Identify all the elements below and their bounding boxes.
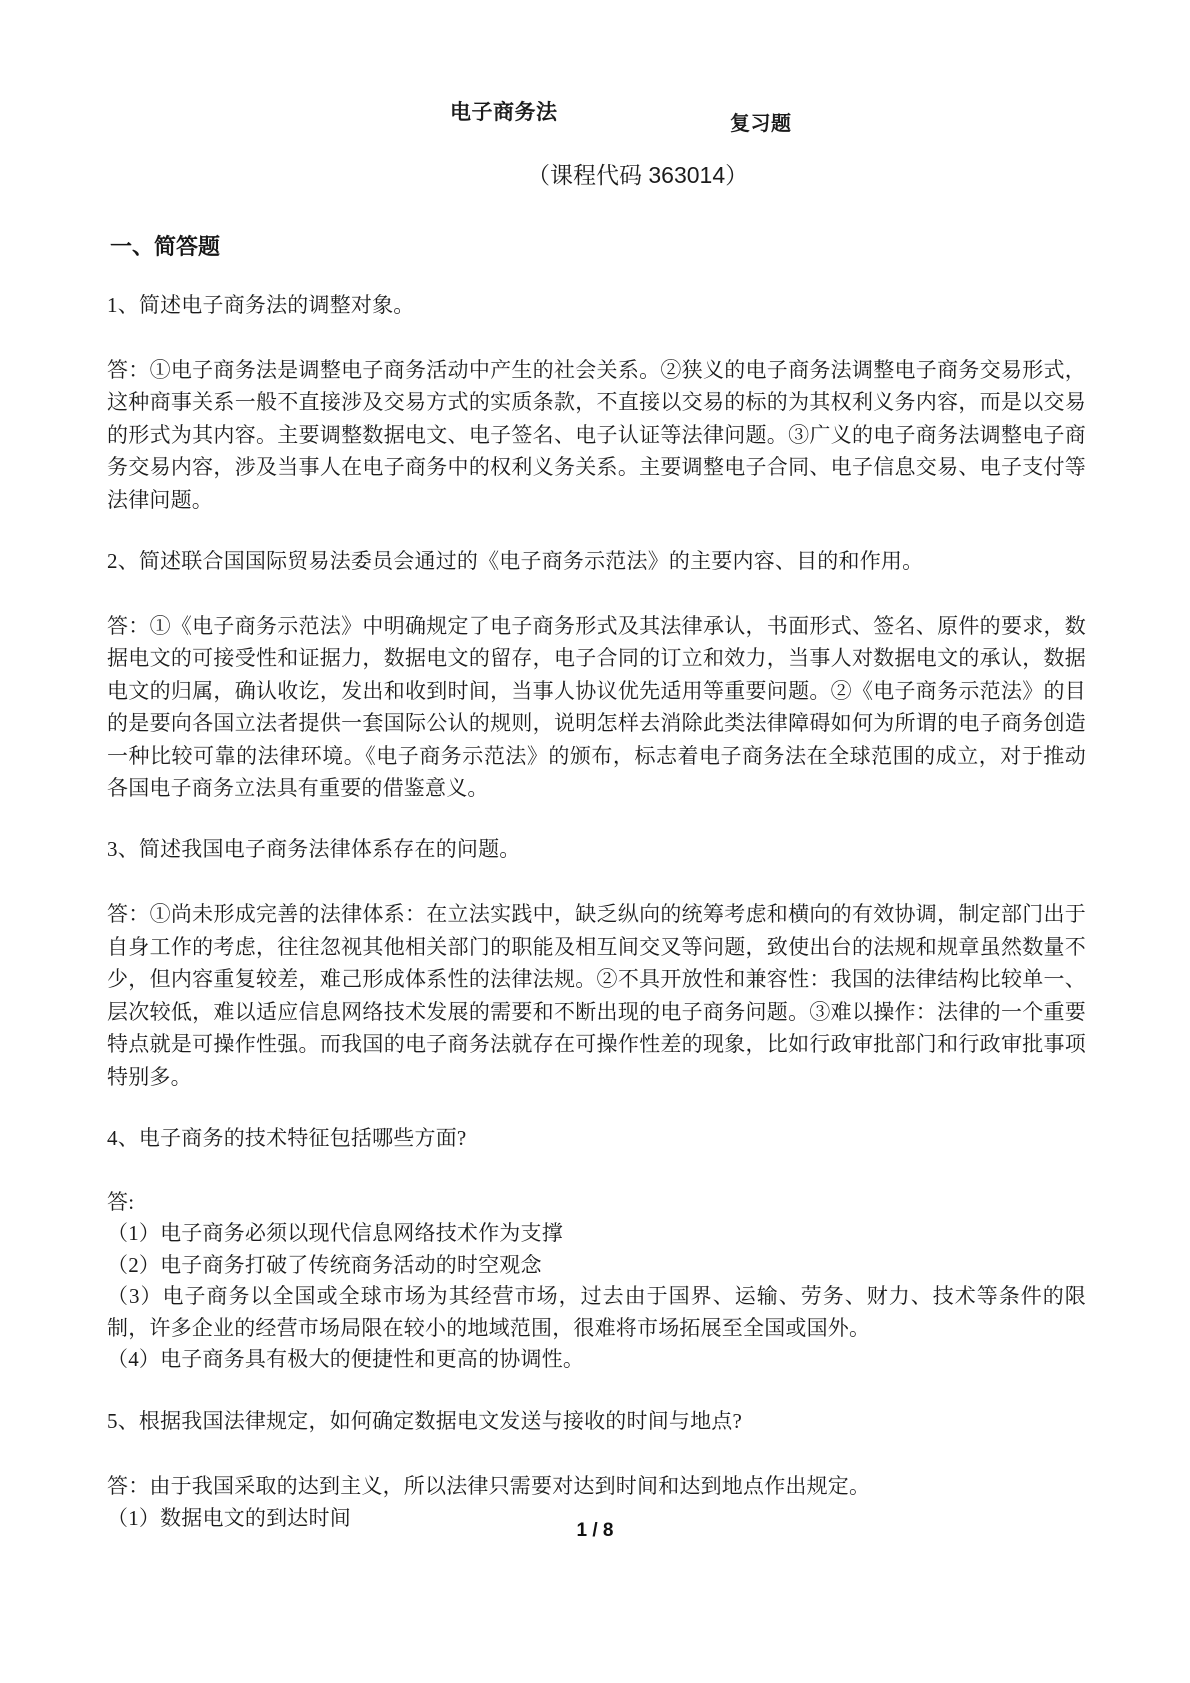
section-heading: 一、简答题 (110, 233, 1086, 260)
answer-paragraph: 答：①电子商务法是调整电子商务活动中产生的社会关系。②狭义的电子商务法调整电子商… (107, 354, 1086, 516)
page-footer: 1 / 8 (0, 1520, 1190, 1542)
document-subtitle: 复习题 (730, 107, 792, 136)
answer-paragraph: 答: (107, 1187, 1086, 1219)
answer-paragraph: 答：由于我国采取的达到主义，所以法律只需要对达到时间和达到地点作出规定。 (107, 1470, 1086, 1502)
document-body: 一、简答题 1、简述电子商务法的调整对象。答：①电子商务法是调整电子商务活动中产… (0, 233, 1190, 1535)
qa-block: 4、电子商务的技术特征包括哪些方面?答:（1）电子商务必须以现代信息网络技术作为… (107, 1123, 1086, 1376)
qa-block: 2、简述联合国国际贸易法委员会通过的《电子商务示范法》的主要内容、目的和作用。答… (107, 546, 1086, 804)
page-indicator: 1 / 8 (577, 1520, 614, 1541)
qa-block: 3、简述我国电子商务法律体系存在的问题。答：①尚未形成完善的法律体系：在立法实践… (107, 834, 1086, 1092)
answer-block: 答：①《电子商务示范法》中明确规定了电子商务形式及其法律承认，书面形式、签名、原… (107, 610, 1086, 804)
course-code: （课程代码 363014） (527, 157, 748, 190)
answer-paragraph: 答：①《电子商务示范法》中明确规定了电子商务形式及其法律承认，书面形式、签名、原… (107, 610, 1086, 804)
document-title: 电子商务法 (450, 96, 558, 126)
answer-block: 答：①尚未形成完善的法律体系：在立法实践中，缺乏纵向的统筹考虑和横向的有效协调，… (107, 898, 1086, 1092)
answer-paragraph: （4）电子商务具有极大的便捷性和更高的协调性。 (107, 1344, 1086, 1376)
answer-paragraph: （3）电子商务以全国或全球市场为其经营市场，过去由于国界、运输、劳务、财力、技术… (107, 1281, 1086, 1344)
question-text: 2、简述联合国国际贸易法委员会通过的《电子商务示范法》的主要内容、目的和作用。 (107, 546, 1086, 576)
question-text: 5、根据我国法律规定，如何确定数据电文发送与接收的时间与地点? (107, 1406, 1086, 1436)
answer-paragraph: （1）电子商务必须以现代信息网络技术作为支撑 (107, 1218, 1086, 1250)
qa-block: 5、根据我国法律规定，如何确定数据电文发送与接收的时间与地点?答：由于我国采取的… (107, 1406, 1086, 1535)
question-text: 3、简述我国电子商务法律体系存在的问题。 (107, 834, 1086, 864)
question-text: 1、简述电子商务法的调整对象。 (107, 290, 1086, 320)
qa-list: 1、简述电子商务法的调整对象。答：①电子商务法是调整电子商务活动中产生的社会关系… (107, 290, 1086, 1535)
answer-block: 答:（1）电子商务必须以现代信息网络技术作为支撑（2）电子商务打破了传统商务活动… (107, 1187, 1086, 1376)
answer-paragraph: 答：①尚未形成完善的法律体系：在立法实践中，缺乏纵向的统筹考虑和横向的有效协调，… (107, 898, 1086, 1092)
document-page: 电子商务法 复习题 （课程代码 363014） 一、简答题 1、简述电子商务法的… (0, 0, 1190, 1683)
qa-block: 1、简述电子商务法的调整对象。答：①电子商务法是调整电子商务活动中产生的社会关系… (107, 290, 1086, 516)
document-header: 电子商务法 复习题 （课程代码 363014） (0, 0, 1190, 225)
answer-block: 答：①电子商务法是调整电子商务活动中产生的社会关系。②狭义的电子商务法调整电子商… (107, 354, 1086, 516)
answer-paragraph: （2）电子商务打破了传统商务活动的时空观念 (107, 1250, 1086, 1282)
question-text: 4、电子商务的技术特征包括哪些方面? (107, 1123, 1086, 1153)
